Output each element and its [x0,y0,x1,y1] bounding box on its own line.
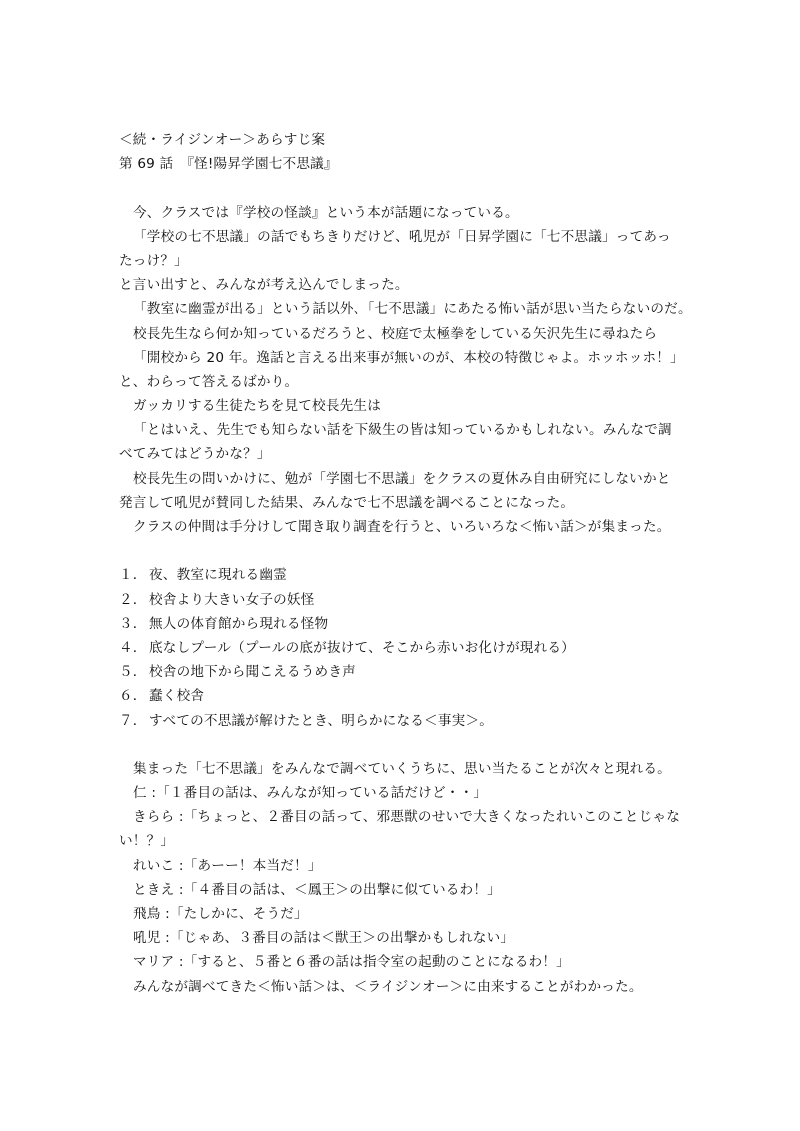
paragraph-line: クラスの仲間は手分けして聞き取り調査を行うと、いろいろな＜怖い話＞が集まった。 [119,515,689,539]
list-number: ２． [119,588,149,612]
list-item: ６．蠢く校舎 [119,684,689,708]
list-text: 校舎より大きい女子の妖怪 [149,592,315,608]
list-text: 底なしプール（プールの底が抜けて、そこから赤いお化けが現れる） [149,640,575,656]
list-number: １． [119,563,149,587]
document-page: ＜続・ライジンオー＞あらすじ案 第 69 話 『怪!陽昇学園七不思議』 今、クラ… [119,128,689,999]
list-number: ４． [119,636,149,660]
list-text: すべての不思議が解けたとき、明らかになる＜事実＞。 [149,713,493,729]
dialogue-line: 吼児 :「じゃあ、３番目の話は＜獣王＞の出撃かもしれない」 [119,926,689,950]
paragraph-line: べてみてはどうかな？」 [119,442,689,466]
paragraph-line: 校長先生なら何か知っているだろうと、校庭で太極拳をしている矢沢先生に尋ねたら [119,322,689,346]
paragraph-line: 校長先生の問いかけに、勉が「学園七不思議」をクラスの夏休み自由研究にしないかと [119,467,689,491]
list-text: 校舎の地下から聞こえるうめき声 [149,664,356,680]
paragraph-line: と言い出すと、みんなが考え込んでしまった。 [119,273,689,297]
list-item: ３．無人の体育館から現れる怪物 [119,612,689,636]
dialogue-line: 仁 :「１番目の話は、みんなが知っている話だけど・・」 [119,781,689,805]
paragraph-line: 「とはいえ、先生でも知らない話を下級生の皆は知っているかもしれない。みんなで調 [119,418,689,442]
list-number: ７． [119,709,149,733]
outro-section: 集まった「七不思議」をみんなで調べていくうちに、思い当たることが次々と現れる。 … [119,757,689,999]
paragraph-line: みんなが調べてきた＜怖い話＞は、＜ライジンオー＞に由来することがわかった。 [119,975,689,999]
intro-section: 今、クラスでは『学校の怪談』という本が話題になっている。 「学校の七不思議」の話… [119,201,689,540]
paragraph-line: 発言して吼児が賛同した結果、みんなで七不思議を調べることになった。 [119,491,689,515]
paragraph-line: と、わらって答えるばかり。 [119,370,689,394]
paragraph-line: 今、クラスでは『学校の怪談』という本が話題になっている。 [119,201,689,225]
list-item: ４．底なしプール（プールの底が抜けて、そこから赤いお化けが現れる） [119,636,689,660]
list-text: 蠢く校舎 [149,688,204,704]
paragraph-line: 「開校から 20 年。逸話と言える出来事が無いのが、本校の特徴じゃよ。ホッホッホ… [119,346,689,370]
dialogue-line: い！？」 [119,829,689,853]
list-number: ５． [119,660,149,684]
paragraph-line: 「教室に幽霊が出る」という話以外､「七不思議」にあたる怖い話が思い当たらないのだ… [119,297,689,321]
document-title: ＜続・ライジンオー＞あらすじ案 [119,128,689,152]
list-number: ６． [119,684,149,708]
dialogue-line: きらら :「ちょっと、２番目の話って、邪悪獣のせいで大きくなったれいこのことじゃ… [119,805,689,829]
list-text: 無人の体育館から現れる怪物 [149,616,328,632]
list-number: ３． [119,612,149,636]
list-item: ２．校舎より大きい女子の妖怪 [119,588,689,612]
dialogue-line: ときえ :「４番目の話は、＜鳳王＞の出撃に似ているわ！」 [119,878,689,902]
dialogue-line: れいこ :「あーー！本当だ！」 [119,854,689,878]
spacer [119,176,689,200]
episode-title: 第 69 話 『怪!陽昇学園七不思議』 [119,152,689,176]
dialogue-line: 飛鳥 :「たしかに、そうだ」 [119,902,689,926]
mysteries-list: １．夜、教室に現れる幽霊 ２．校舎より大きい女子の妖怪 ３．無人の体育館から現れ… [119,563,689,732]
spacer [119,733,689,757]
dialogue-line: マリア :「すると、５番と６番の話は指令室の起動のことになるわ！」 [119,950,689,974]
spacer [119,539,689,563]
list-text: 夜、教室に現れる幽霊 [149,567,287,583]
paragraph-line: ガッカリする生徒たちを見て校長先生は [119,394,689,418]
list-item: １．夜、教室に現れる幽霊 [119,563,689,587]
list-item: ７．すべての不思議が解けたとき、明らかになる＜事実＞。 [119,709,689,733]
paragraph-line: 集まった「七不思議」をみんなで調べていくうちに、思い当たることが次々と現れる。 [119,757,689,781]
paragraph-line: たっけ？」 [119,249,689,273]
list-item: ５．校舎の地下から聞こえるうめき声 [119,660,689,684]
paragraph-line: 「学校の七不思議」の話でもちきりだけど、吼児が「日昇学園に「七不思議」ってあっ [119,225,689,249]
